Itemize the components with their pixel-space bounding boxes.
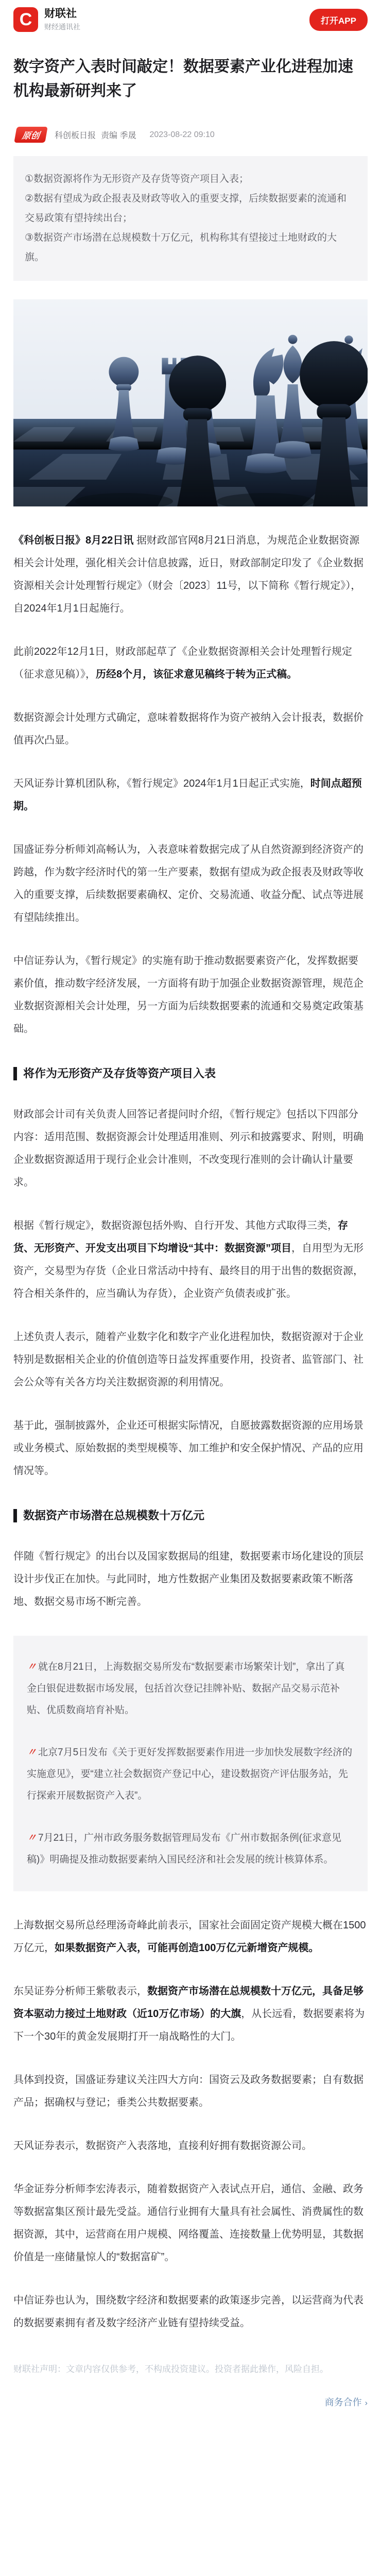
article-paragraph: 伴随《暂行规定》的出台以及国家数据局的组建，数据要素市场化建设的顶层设计步伐正在… [13,1545,368,1613]
article-source: 科创板日报 [55,129,96,141]
article-paragraph: 天风证券计算机团队称，《暂行规定》2024年1月1日起正式实施，时间点超预期。 [13,772,368,818]
original-badge: 原创 [14,127,47,143]
chess-illustration [13,299,368,506]
business-cooperation-link[interactable]: 商务合作› [325,2397,368,2408]
article-paragraph: 此前2022年12月1日，财政部起草了《企业数据资源相关会计处理暂行规定（征求意… [13,640,368,686]
article-paragraph: 财政部会计司有关负责人回答记者提问时介绍，《暂行规定》包括以下四部分内容：适用范… [13,1103,368,1194]
article-paragraph: 根据《暂行规定》，数据资源包括外购、自行开发、其他方式取得三类，存货、无形资产、… [13,1214,368,1305]
article-page: C 财联社 财经通讯社 打开APP 数字资产入表时间敲定！数据要素产业化进程加速… [0,0,381,2422]
quote-mark-icon: 〃 [27,1833,37,1843]
article-byline: 原创 科创板日报 责编 季晟 2023-08-22 09:10 [0,113,381,143]
article-paragraph: 上述负责人表示，随着产业数字化和数字产业化进程加快，数据资源对于企业特别是数据相… [13,1326,368,1394]
article-paragraph: 数据资源会计处理方式确定，意味着数据将作为资产被纳入会计报表，数据价值再次凸显。 [13,706,368,752]
cailianshe-logo-icon: C [13,7,38,32]
article-summary-box: ①数据资源将作为无形资产及存货等资产项目入表；②数据有望成为政企报表及财政等收入… [13,156,368,281]
quote-item: 〃就在8月21日，上海数据交易所发布“数据要素市场繁荣计划”，拿出了真金白银促进… [27,1656,354,1721]
summary-item: ②数据有望成为政企报表及财政等收入的重要支撑，后续数据要素的流通和交易政策有望持… [25,189,356,228]
brand-name: 财联社 [44,8,309,20]
page-footer: 商务合作› [0,2377,381,2422]
quote-mark-icon: 〃 [27,1747,37,1758]
article-paragraph: 中信证券认为，《暂行规定》的实施有助于推动数据要素资产化，发挥数据要素价值，推动… [13,950,368,1040]
article-body: 《科创板日报》8月22日讯 据财政部官网8月21日消息，为规范企业数据资源相关会… [0,506,381,2334]
chevron-right-icon: › [365,2399,368,2408]
article-paragraph: 东吴证券分析师王紫敬表示，数据资产市场潜在总规模数十万亿元，具备足够资本驱动力接… [13,1980,368,2048]
article-paragraph: 基于此，强制披露外，企业还可根据实际情况，自愿披露数据资源的应用场景或业务模式、… [13,1414,368,1482]
open-app-button[interactable]: 打开APP [309,9,368,31]
quote-item: 〃北京7月5日发布《关于更好发挥数据要素作用进一步加快发展数字经济的实施意见》，… [27,1742,354,1807]
article-paragraph: 《科创板日报》8月22日讯 据财政部官网8月21日消息，为规范企业数据资源相关会… [13,529,368,620]
article-datetime: 2023-08-22 09:10 [149,130,214,140]
brand-subtitle: 财经通讯社 [44,22,309,32]
brand-block: 财联社 财经通讯社 [44,8,309,32]
quote-item: 〃7月21日，广州市政务服务数据管理局发布《广州市数据条例(征求意见稿)》明确提… [27,1827,354,1871]
article-paragraph: 华金证券分析师李宏涛表示，随着数据资产入表试点开启，通信、金融、政务等数据富集区… [13,2178,368,2268]
article-paragraph: 天风证券表示，数据资产入表落地，直接利好拥有数据资源公司。 [13,2134,368,2157]
article-editor: 责编 季晟 [101,129,136,141]
quote-mark-icon: 〃 [27,1662,37,1672]
site-header: C 财联社 财经通讯社 打开APP [0,0,381,38]
article-paragraph: 具体到投资，国盛证券建议关注四大方向：国资云及政务数据要素；自有数据产品；据确权… [13,2069,368,2114]
article-paragraph: 中信证券也认为，围绕数字经济和数据要素的政策逐步完善，以运营商为代表的数据要素拥… [13,2289,368,2334]
article-hero-image [13,299,368,506]
section-header: 将作为无形资产及存货等资产项目入表 [13,1067,368,1080]
article-paragraph: 国盛证券分析师刘高畅认为，入表意味着数据完成了从自然资源到经济资产的跨越，作为数… [13,838,368,929]
quote-box: 〃就在8月21日，上海数据交易所发布“数据要素市场繁荣计划”，拿出了真金白银促进… [13,1636,368,1891]
article-title: 数字资产入表时间敲定！数据要素产业化进程加速 机构最新研判来了 [0,48,381,103]
summary-item: ③数据资产市场潜在总规模数十万亿元，机构称其有望接过土地财政的大旗。 [25,228,356,267]
section-header: 数据资产市场潜在总规模数十万亿元 [13,1509,368,1522]
article-paragraph: 上海数据交易所总经理汤奇峰此前表示，国家社会面固定资产规模大概在1500万亿元，… [13,1914,368,1959]
disclaimer-text: 财联社声明：文章内容仅供参考，不构成投资建议。投资者据此操作，风险自担。 [0,2362,381,2377]
summary-item: ①数据资源将作为无形资产及存货等资产项目入表； [25,170,356,189]
